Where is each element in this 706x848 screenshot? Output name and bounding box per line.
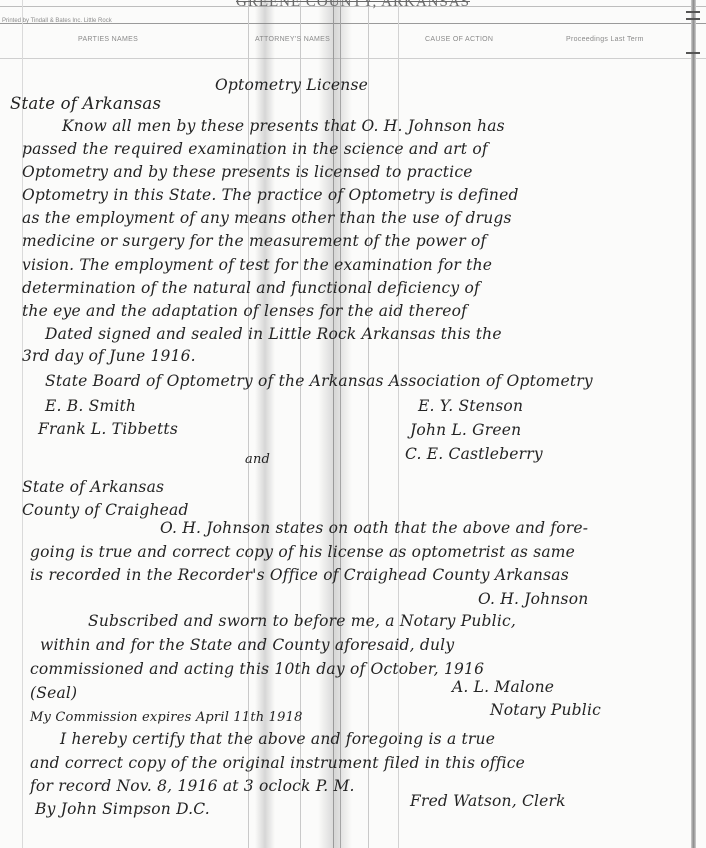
rule-line [0,58,706,59]
signature: C. E. Castleberry [405,445,543,463]
signature: Frank L. Tibbetts [38,420,178,438]
commission-expiry: My Commission expires April 11th 1918 [30,710,303,725]
license-line: Dated signed and sealed in Little Rock A… [45,325,502,343]
signature: John L. Green [410,421,521,439]
license-line: passed the required examination in the s… [22,140,488,158]
section2-county: County of Craighead [22,501,189,519]
deputy-clerk-signature: By John Simpson D.C. [35,800,210,818]
jurat-line: commissioned and acting this 10th day of… [30,660,484,678]
jurat-line: within and for the State and County afor… [40,636,454,654]
signature: E. B. Smith [45,397,136,415]
seal-label: (Seal) [30,684,77,702]
section2-state: State of Arkansas [22,478,164,496]
license-line: Know all men by these presents that O. H… [62,117,505,135]
binding-mark [686,52,700,54]
binding-mark [686,18,700,20]
oath-line: is recorded in the Recorder's Office of … [30,566,569,584]
affiant-signature: O. H. Johnson [478,590,588,608]
column-header-cause: CAUSE OF ACTION [425,36,493,43]
binding-edge [691,0,696,848]
license-line: Optometry in this State. The practice of… [22,186,519,204]
binding-mark [686,11,700,13]
certification-line: and correct copy of the original instrum… [30,754,525,772]
notary-title: Notary Public [490,701,601,719]
printer-mark: Printed by Tindall & Bates Inc. Little R… [2,18,112,24]
county-title: GREENE COUNTY, ARKANSAS [0,0,706,11]
license-line: medicine or surgery for the measurement … [22,232,486,250]
scanned-record-page: GREENE COUNTY, ARKANSAS Printed by Tinda… [0,0,706,848]
certification-line: for record Nov. 8, 1916 at 3 oclock P. M… [30,777,355,795]
license-line: Optometry and by these presents is licen… [22,163,473,181]
section1-heading: State of Arkansas [10,94,161,113]
board-name: State Board of Optometry of the Arkansas… [45,372,593,390]
license-line: determination of the natural and functio… [22,279,480,297]
clerk-signature: Fred Watson, Clerk [410,792,566,810]
certification-line: I hereby certify that the above and fore… [60,730,495,748]
column-header-attorneys: ATTORNEY'S NAMES [255,36,330,43]
signature: E. Y. Stenson [418,397,523,415]
column-header-proceedings: Proceedings Last Term [566,36,644,43]
notary-signature: A. L. Malone [452,678,554,696]
oath-line: going is true and correct copy of his li… [30,543,575,561]
license-line: 3rd day of June 1916. [22,347,196,365]
license-line: the eye and the adaptation of lenses for… [22,302,467,320]
jurat-line: Subscribed and sworn to before me, a Not… [88,612,516,630]
column-rule [22,0,23,848]
column-header-parties: PARTIES NAMES [78,36,138,43]
and-word: and [245,452,270,467]
document-title: Optometry License [215,76,368,94]
oath-line: O. H. Johnson states on oath that the ab… [160,519,588,537]
license-line: vision. The employment of test for the e… [22,256,492,274]
license-line: as the employment of any means other tha… [22,209,512,227]
